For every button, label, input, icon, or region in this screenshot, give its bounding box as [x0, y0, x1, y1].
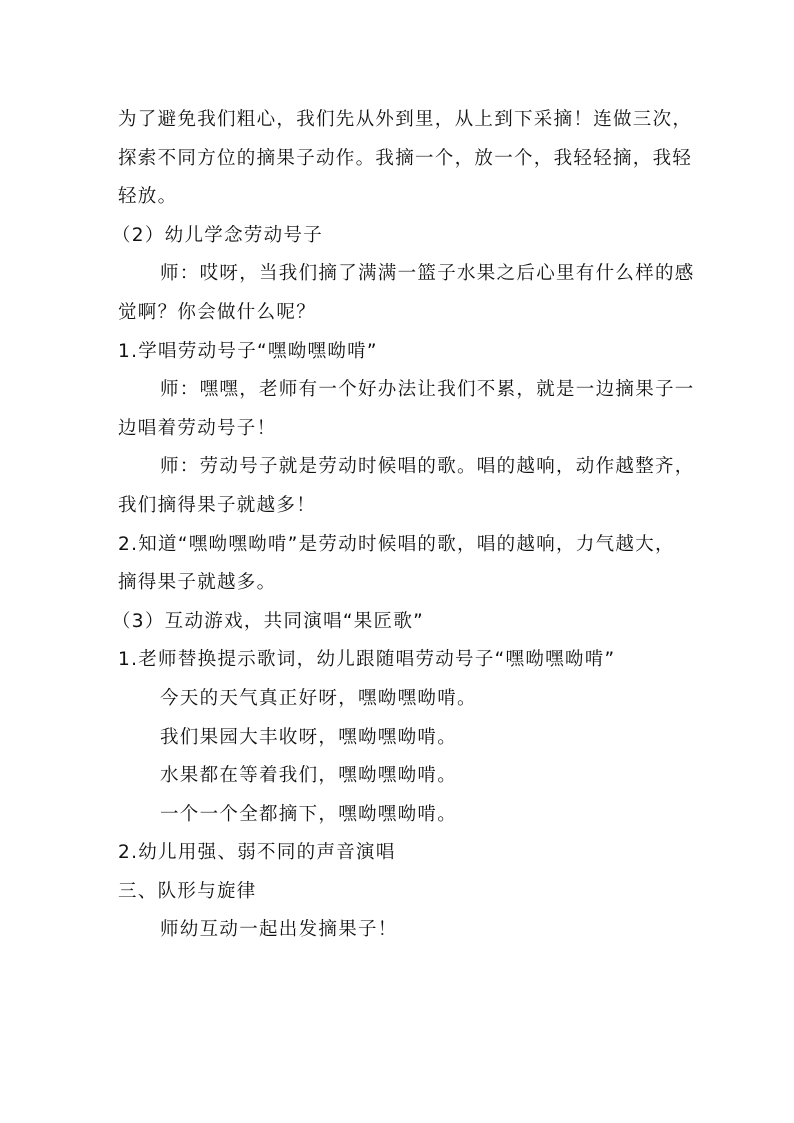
body-line: 探索不同方位的摘果子动作。我摘一个，放一个，我轻轻摘，我轻 [118, 140, 678, 179]
dialogue-line: 师幼互动一起出发摘果子！ [118, 911, 678, 950]
subheading: （2）幼儿学念劳动号子 [112, 217, 678, 256]
dialogue-line: 师：嘿嘿，老师有一个好办法让我们不累，就是一边摘果子一 [118, 371, 678, 410]
body-line: 觉啊？你会做什么呢？ [118, 294, 678, 333]
lyric-line: 今天的天气真正好呀，嘿呦嘿呦啃。 [118, 680, 678, 719]
body-line: 边唱着劳动号子！ [118, 410, 678, 449]
lyric-line: 我们果园大丰收呀，嘿呦嘿呦啃。 [118, 719, 678, 758]
body-line: 我们摘得果子就越多！ [118, 487, 678, 526]
dialogue-line: 师：劳动号子就是劳动时候唱的歌。唱的越响，动作越整齐， [118, 448, 678, 487]
document-page: 为了避免我们粗心，我们先从外到里，从上到下采摘！连做三次， 探索不同方位的摘果子… [118, 101, 678, 950]
body-line: 为了避免我们粗心，我们先从外到里，从上到下采摘！连做三次， [118, 101, 678, 140]
numbered-item: 1.学唱劳动号子“嘿呦嘿呦啃” [118, 333, 678, 372]
subheading: （3）互动游戏，共同演唱“果匠歌” [112, 603, 678, 642]
dialogue-line: 师：哎呀，当我们摘了满满一篮子水果之后心里有什么样的感 [118, 255, 678, 294]
lyric-line: 水果都在等着我们，嘿呦嘿呦啃。 [118, 757, 678, 796]
lyric-line: 一个一个全都摘下，嘿呦嘿呦啃。 [118, 796, 678, 835]
section-heading: 三、队形与旋律 [118, 873, 678, 912]
body-line: 轻放。 [118, 178, 678, 217]
numbered-item: 2.知道“嘿呦嘿呦啃”是劳动时候唱的歌，唱的越响，力气越大， [118, 526, 678, 565]
numbered-item: 2.幼儿用强、弱不同的声音演唱 [118, 834, 678, 873]
numbered-item: 1.老师替换提示歌词，幼儿跟随唱劳动号子“嘿呦嘿呦啃” [118, 641, 678, 680]
body-line: 摘得果子就越多。 [118, 564, 678, 603]
